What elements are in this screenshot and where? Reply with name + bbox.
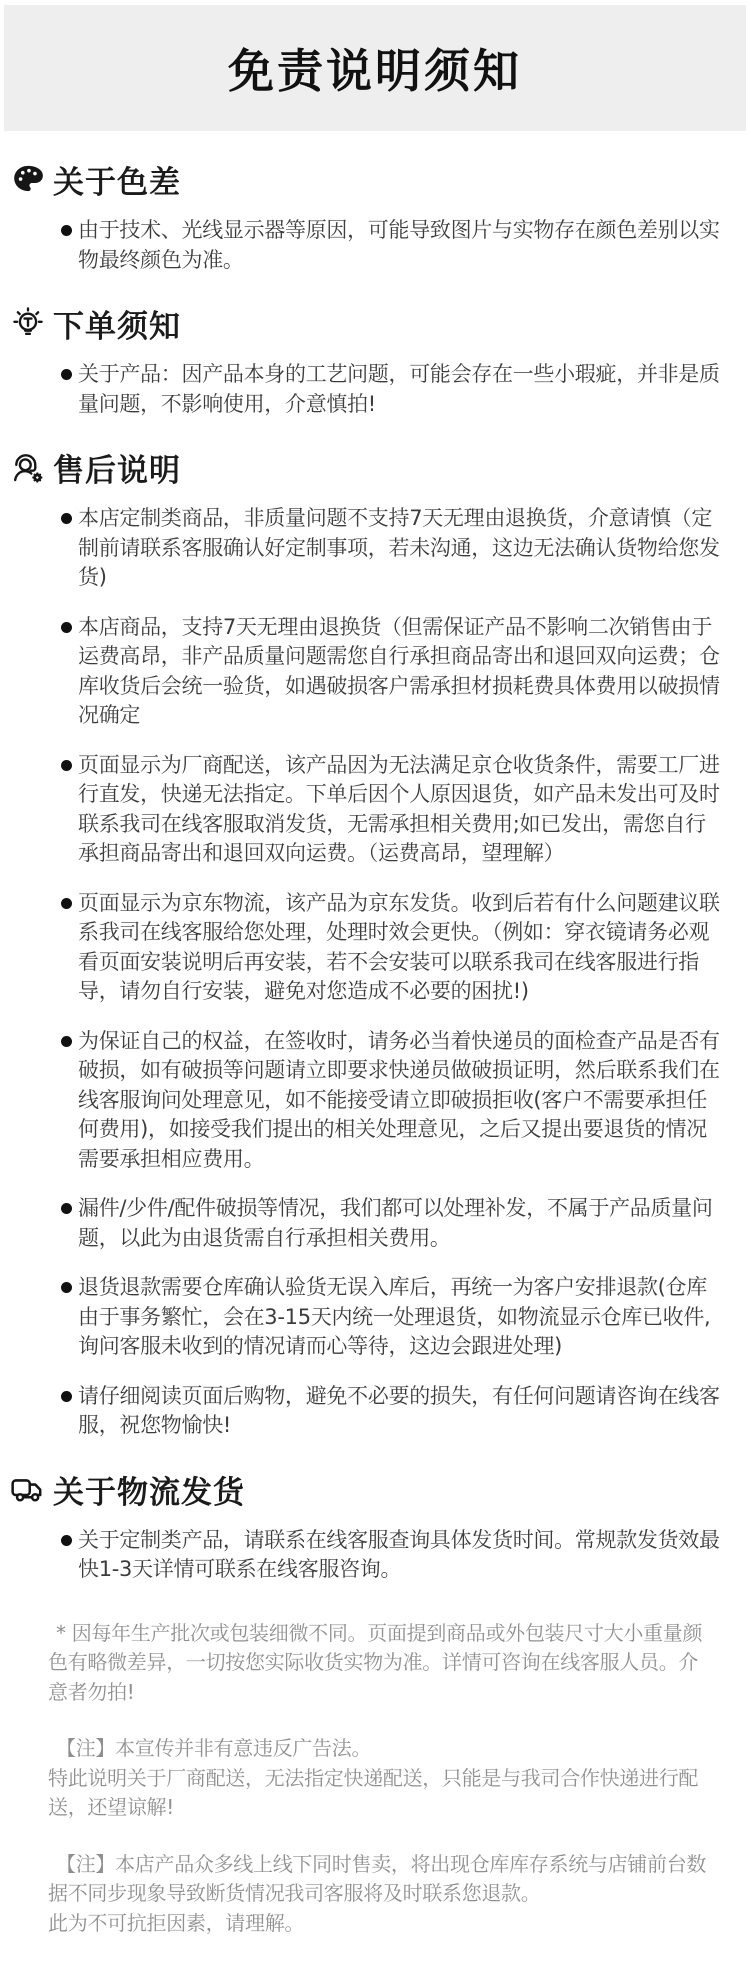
bullet-list: 本店定制类商品，非质量问题不支持7天无理由退换货，介意请慎（定制前请联系客服确认… — [0, 504, 750, 1441]
bullet-item: 请仔细阅读页面后购物，避免不必要的损失，有任何问题请咨询在线客服，祝您物愉快! — [78, 1382, 722, 1441]
bullet-item: 本店定制类商品，非质量问题不支持7天无理由退换货，介意请慎（定制前请联系客服确认… — [78, 504, 722, 593]
bullet-item: 由于技术、光线显示器等原因，可能导致图片与实物存在颜色差别以实物最终颜色为准。 — [78, 216, 722, 275]
bullet-item: 漏件/少件/配件破损等情况，我们都可以处理补发，不属于产品质量问题，以此为由退货… — [78, 1194, 722, 1253]
section-order-notice: 下单须知 关于产品：因产品本身的工艺问题，可能会存在一些小瑕疵，并非是质量问题，… — [0, 301, 750, 419]
bullet-item: 页面显示为厂商配送，该产品因为无法满足京仓收货条件，需要工厂进行直发，快递无法指… — [78, 751, 722, 869]
bullet-item: 本店商品，支持7天无理由退换货（但需保证产品不影响二次销售由于运费高昂，非产品质… — [78, 613, 722, 731]
footnotes: * 因每年生产批次或包装细微不同。页面提到商品或外包装尺寸大小重量颜色有略微差异… — [48, 1619, 714, 1939]
section-heading: 售后说明 — [53, 445, 181, 490]
footnote-stock-sync: 【注】本店产品众多线上线下同时售卖，将出现仓库库存系统与店铺前台数据不同步现象导… — [48, 1850, 714, 1939]
lightbulb-icon — [8, 304, 48, 344]
footnote-batch-difference: * 因每年生产批次或包装细微不同。页面提到商品或外包装尺寸大小重量颜色有略微差异… — [48, 1619, 714, 1708]
section-logistics: 关于物流发货 关于定制类产品，请联系在线客服查询具体发货时间。常规款发货效最快1… — [0, 1467, 750, 1585]
bullet-list: 由于技术、光线显示器等原因，可能导致图片与实物存在颜色差别以实物最终颜色为准。 — [0, 216, 750, 275]
section-heading-row: 关于色差 — [8, 157, 750, 202]
bullet-item: 页面显示为京东物流，该产品为京东发货。收到后若有什么问题建议联系我司在线客服给您… — [78, 889, 722, 1007]
bullet-list: 关于产品：因产品本身的工艺问题，可能会存在一些小瑕疵，并非是质量问题，不影响使用… — [0, 360, 750, 419]
bullet-item: 关于定制类产品，请联系在线客服查询具体发货时间。常规款发货效最快1-3天详情可联… — [78, 1526, 722, 1585]
delivery-truck-icon — [8, 1469, 48, 1509]
section-heading: 关于物流发货 — [53, 1467, 245, 1512]
bullet-item: 退货退款需要仓库确认验货无误入库后，再统一为客户安排退款(仓库由于事务繁忙，会在… — [78, 1273, 722, 1362]
palette-icon — [8, 160, 48, 200]
page-header-banner: 免责说明须知 — [4, 5, 746, 131]
section-heading-row: 下单须知 — [8, 301, 750, 346]
section-after-sales: 售后说明 本店定制类商品，非质量问题不支持7天无理由退换货，介意请慎（定制前请联… — [0, 445, 750, 1441]
bullet-item: 为保证自己的权益，在签收时，请务必当着快递员的面检查产品是否有破损，如有破损等问… — [78, 1027, 722, 1175]
footnote-ad-law: 【注】本宣传并非有意违反广告法。 特此说明关于厂商配送，无法指定快递配送，只能是… — [48, 1734, 714, 1823]
customer-service-icon — [8, 448, 48, 488]
bullet-list: 关于定制类产品，请联系在线客服查询具体发货时间。常规款发货效最快1-3天详情可联… — [0, 1526, 750, 1585]
section-heading-row: 售后说明 — [8, 445, 750, 490]
section-heading: 下单须知 — [53, 301, 181, 346]
section-color-difference: 关于色差 由于技术、光线显示器等原因，可能导致图片与实物存在颜色差别以实物最终颜… — [0, 157, 750, 275]
bullet-item: 关于产品：因产品本身的工艺问题，可能会存在一些小瑕疵，并非是质量问题，不影响使用… — [78, 360, 722, 419]
disclaimer-page: 免责说明须知 关于色差 由于技术、光线显示器等原因，可能导致图片与实物存在颜色差… — [0, 0, 750, 1965]
page-title: 免责说明须知 — [228, 35, 522, 101]
section-heading: 关于色差 — [53, 157, 181, 202]
section-heading-row: 关于物流发货 — [8, 1467, 750, 1512]
